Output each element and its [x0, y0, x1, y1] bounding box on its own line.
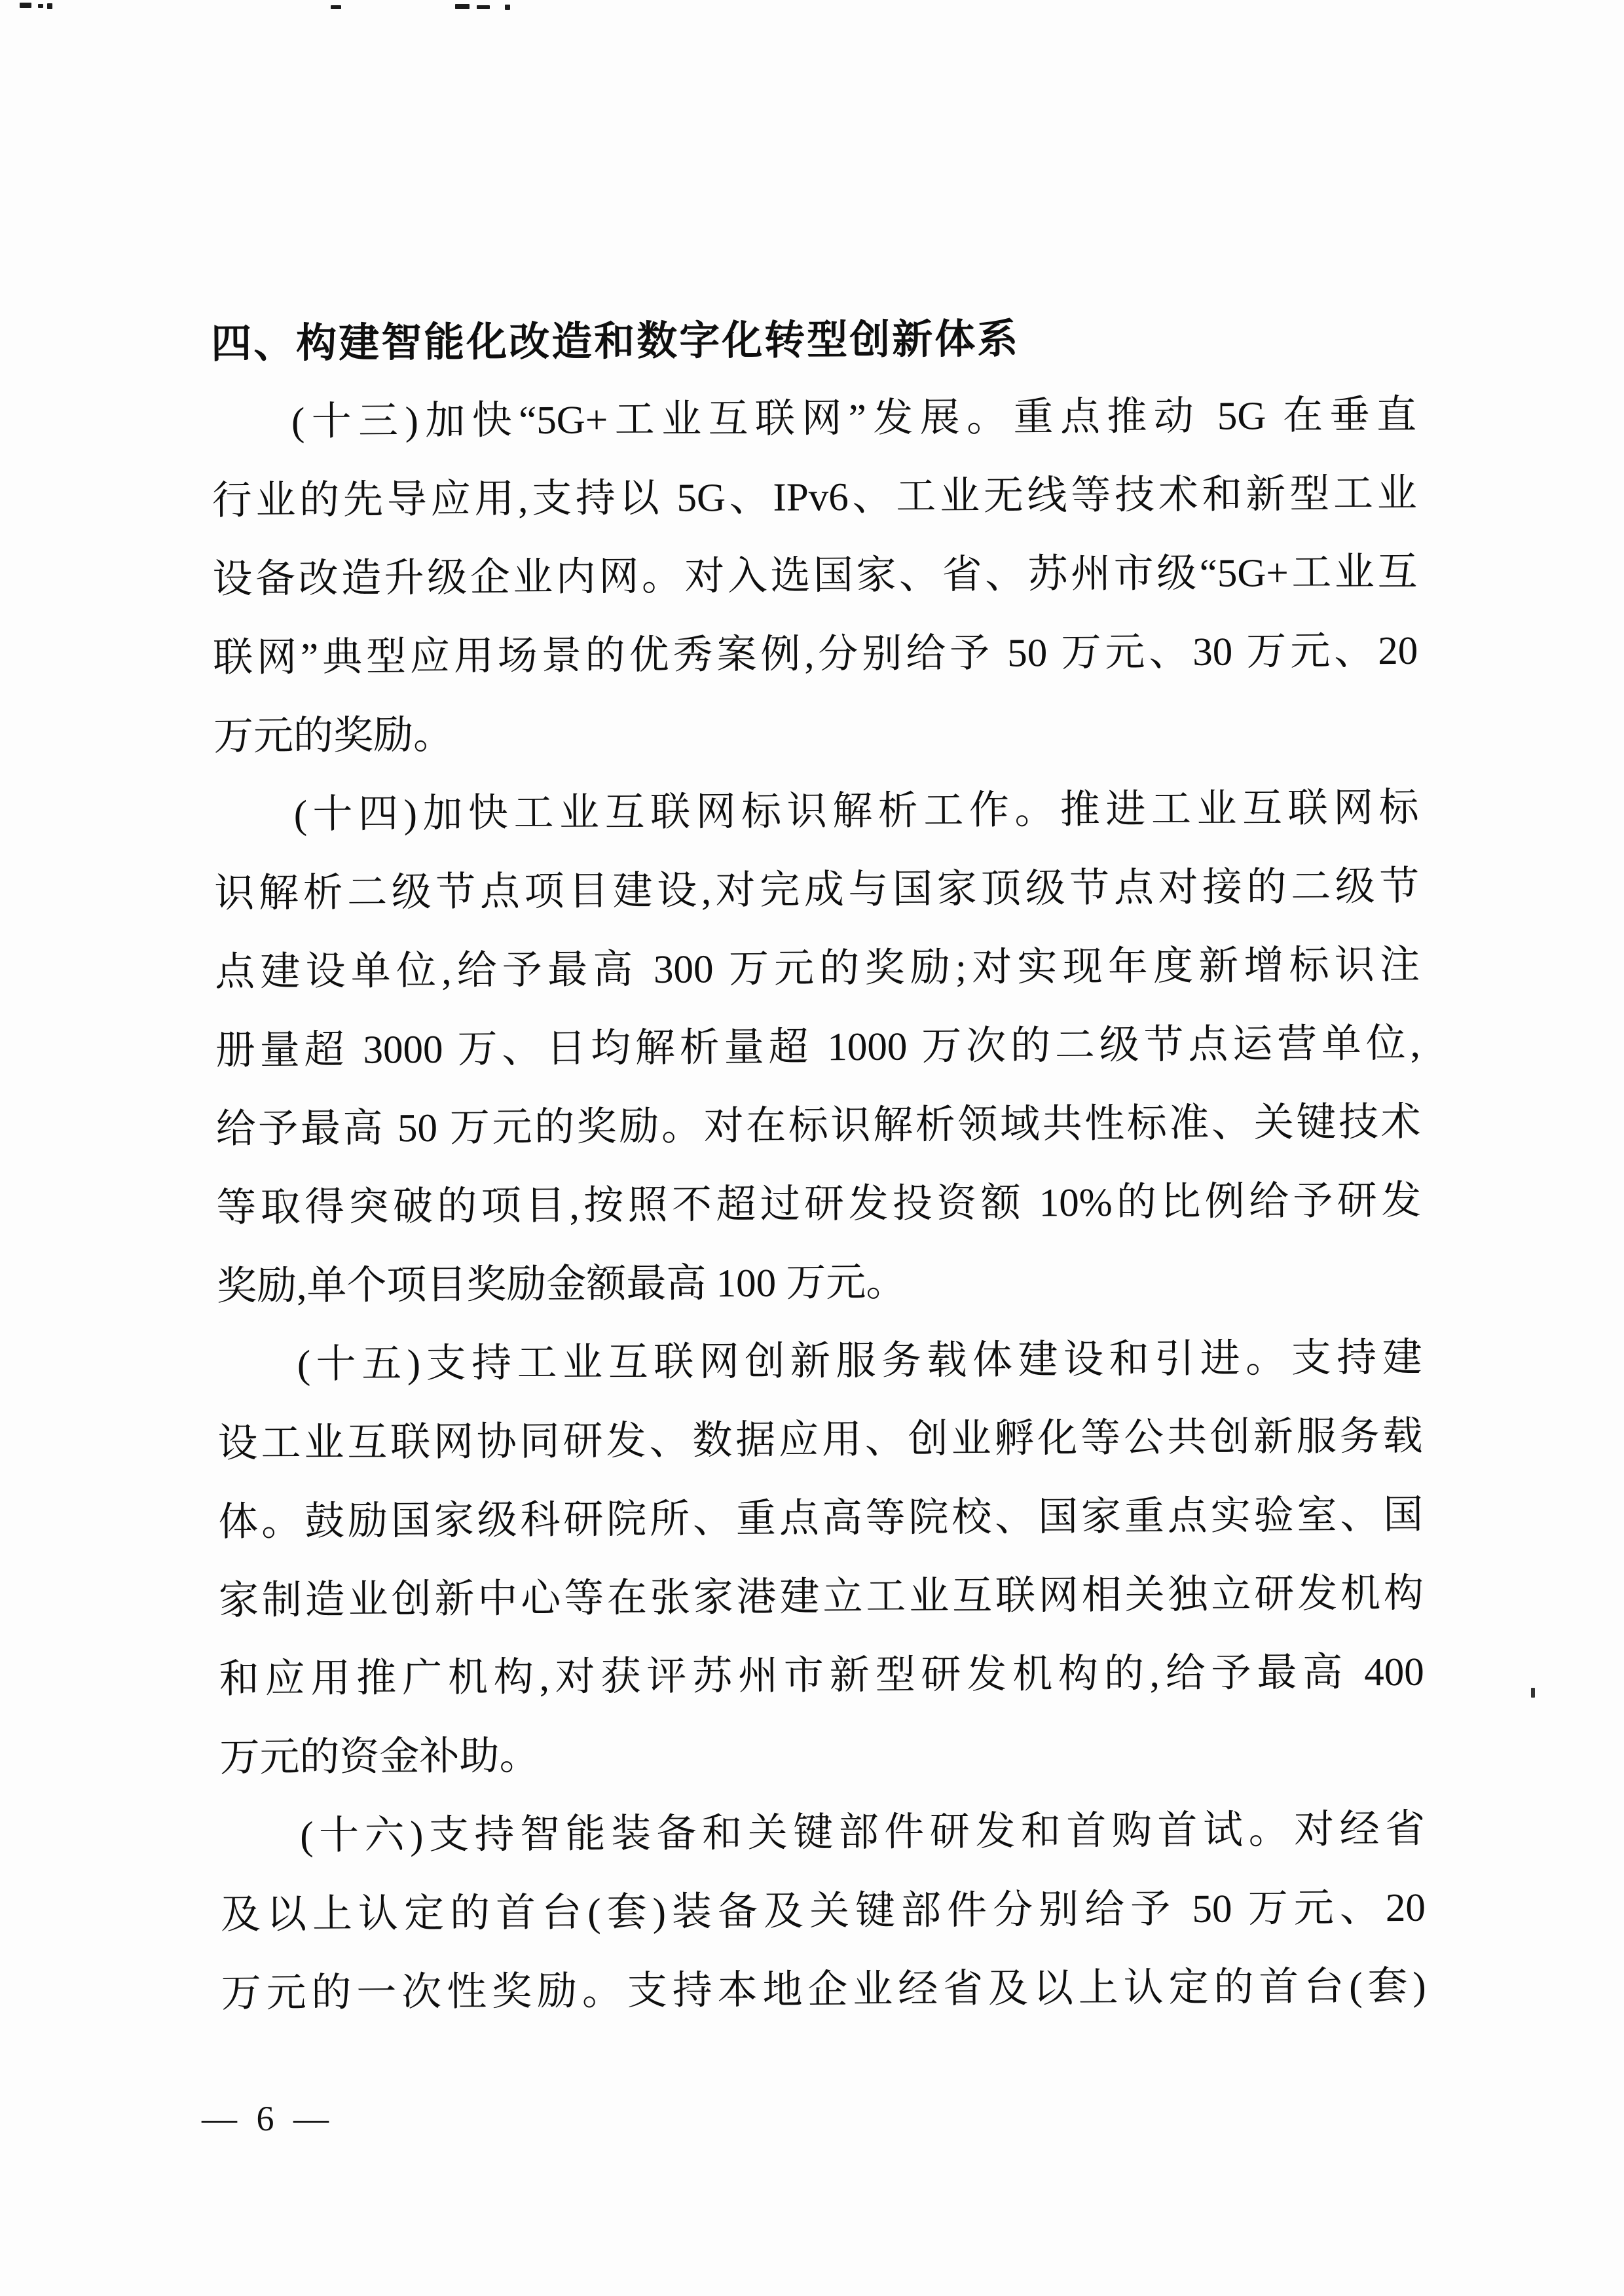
document-body: 四、构建智能化改造和数字化转型创新体系 (十三)加快“5G+工业互联网”发展。重…	[211, 298, 1426, 2033]
page-number: — 6 —	[202, 2092, 334, 2145]
text-line: 及以上认定的首台(套)装备及关键部件分别给予 50 万元、20	[221, 1869, 1426, 1955]
text-line: 体。鼓励国家级科研院所、重点高等院校、国家重点实验室、国	[218, 1476, 1424, 1562]
text-line: 点建设单位,给予最高 300 万元的奖励;对实现年度新增标识注	[215, 926, 1420, 1012]
text-line: 联网”典型应用场景的优秀案例,分别给予 50 万元、30 万元、20	[213, 612, 1418, 698]
text-line: (十五)支持工业互联网创新服务载体建设和引进。支持建	[217, 1319, 1422, 1405]
scan-artifact	[47, 3, 52, 9]
scan-artifact	[331, 5, 341, 9]
text-line: (十四)加快工业互联网标识解析工作。推进工业互联网标	[213, 769, 1419, 855]
text-line: 奖励,单个项目奖励金额最高 100 万元。	[217, 1241, 1422, 1326]
scan-artifact	[1531, 1688, 1535, 1698]
text-line: 给予最高 50 万元的奖励。对在标识解析领域共性标准、关键技术	[215, 1084, 1421, 1169]
text-line: 和应用推广机构,对获评苏州市新型研发机构的,给予最高 400	[219, 1633, 1424, 1719]
scan-artifact	[20, 3, 31, 8]
text-line: 万元的一次性奖励。支持本地企业经省及以上认定的首台(套)	[221, 1948, 1426, 2033]
text-line: 设备改造升级企业内网。对入选国家、省、苏州市级“5G+工业互	[212, 534, 1418, 619]
text-line: 册量超 3000 万、日均解析量超 1000 万次的二级节点运营单位,	[215, 1005, 1421, 1091]
text-line: (十三)加快“5G+工业互联网”发展。重点推动 5G 在垂直	[212, 376, 1417, 462]
document-page: 四、构建智能化改造和数字化转型创新体系 (十三)加快“5G+工业互联网”发展。重…	[0, 0, 1624, 2296]
text-line: 识解析二级节点项目建设,对完成与国家顶级节点对接的二级节	[214, 848, 1420, 934]
scan-artifact	[455, 4, 470, 9]
text-line: 家制造业创新中心等在张家港建立工业互联网相关独立研发机构	[219, 1555, 1424, 1641]
text-line: 万元的资金补助。	[219, 1712, 1425, 1798]
text-line: 设工业互联网协同研发、数据应用、创业孵化等公共创新服务载	[217, 1398, 1423, 1484]
scan-artifact	[505, 5, 510, 10]
text-line: 行业的先导应用,支持以 5G、IPv6、工业无线等技术和新型工业	[212, 455, 1417, 541]
text-line: 万元的奖励。	[213, 691, 1419, 776]
section-heading: 四、构建智能化改造和数字化转型创新体系	[211, 298, 1416, 384]
text-line: 等取得突破的项目,按照不超过研发投资额 10%的比例给予研发	[216, 1162, 1422, 1248]
text-line: (十六)支持智能装备和关键部件研发和首购首试。对经省	[220, 1791, 1426, 1876]
scan-artifact	[38, 4, 43, 8]
scan-artifact	[477, 5, 490, 9]
